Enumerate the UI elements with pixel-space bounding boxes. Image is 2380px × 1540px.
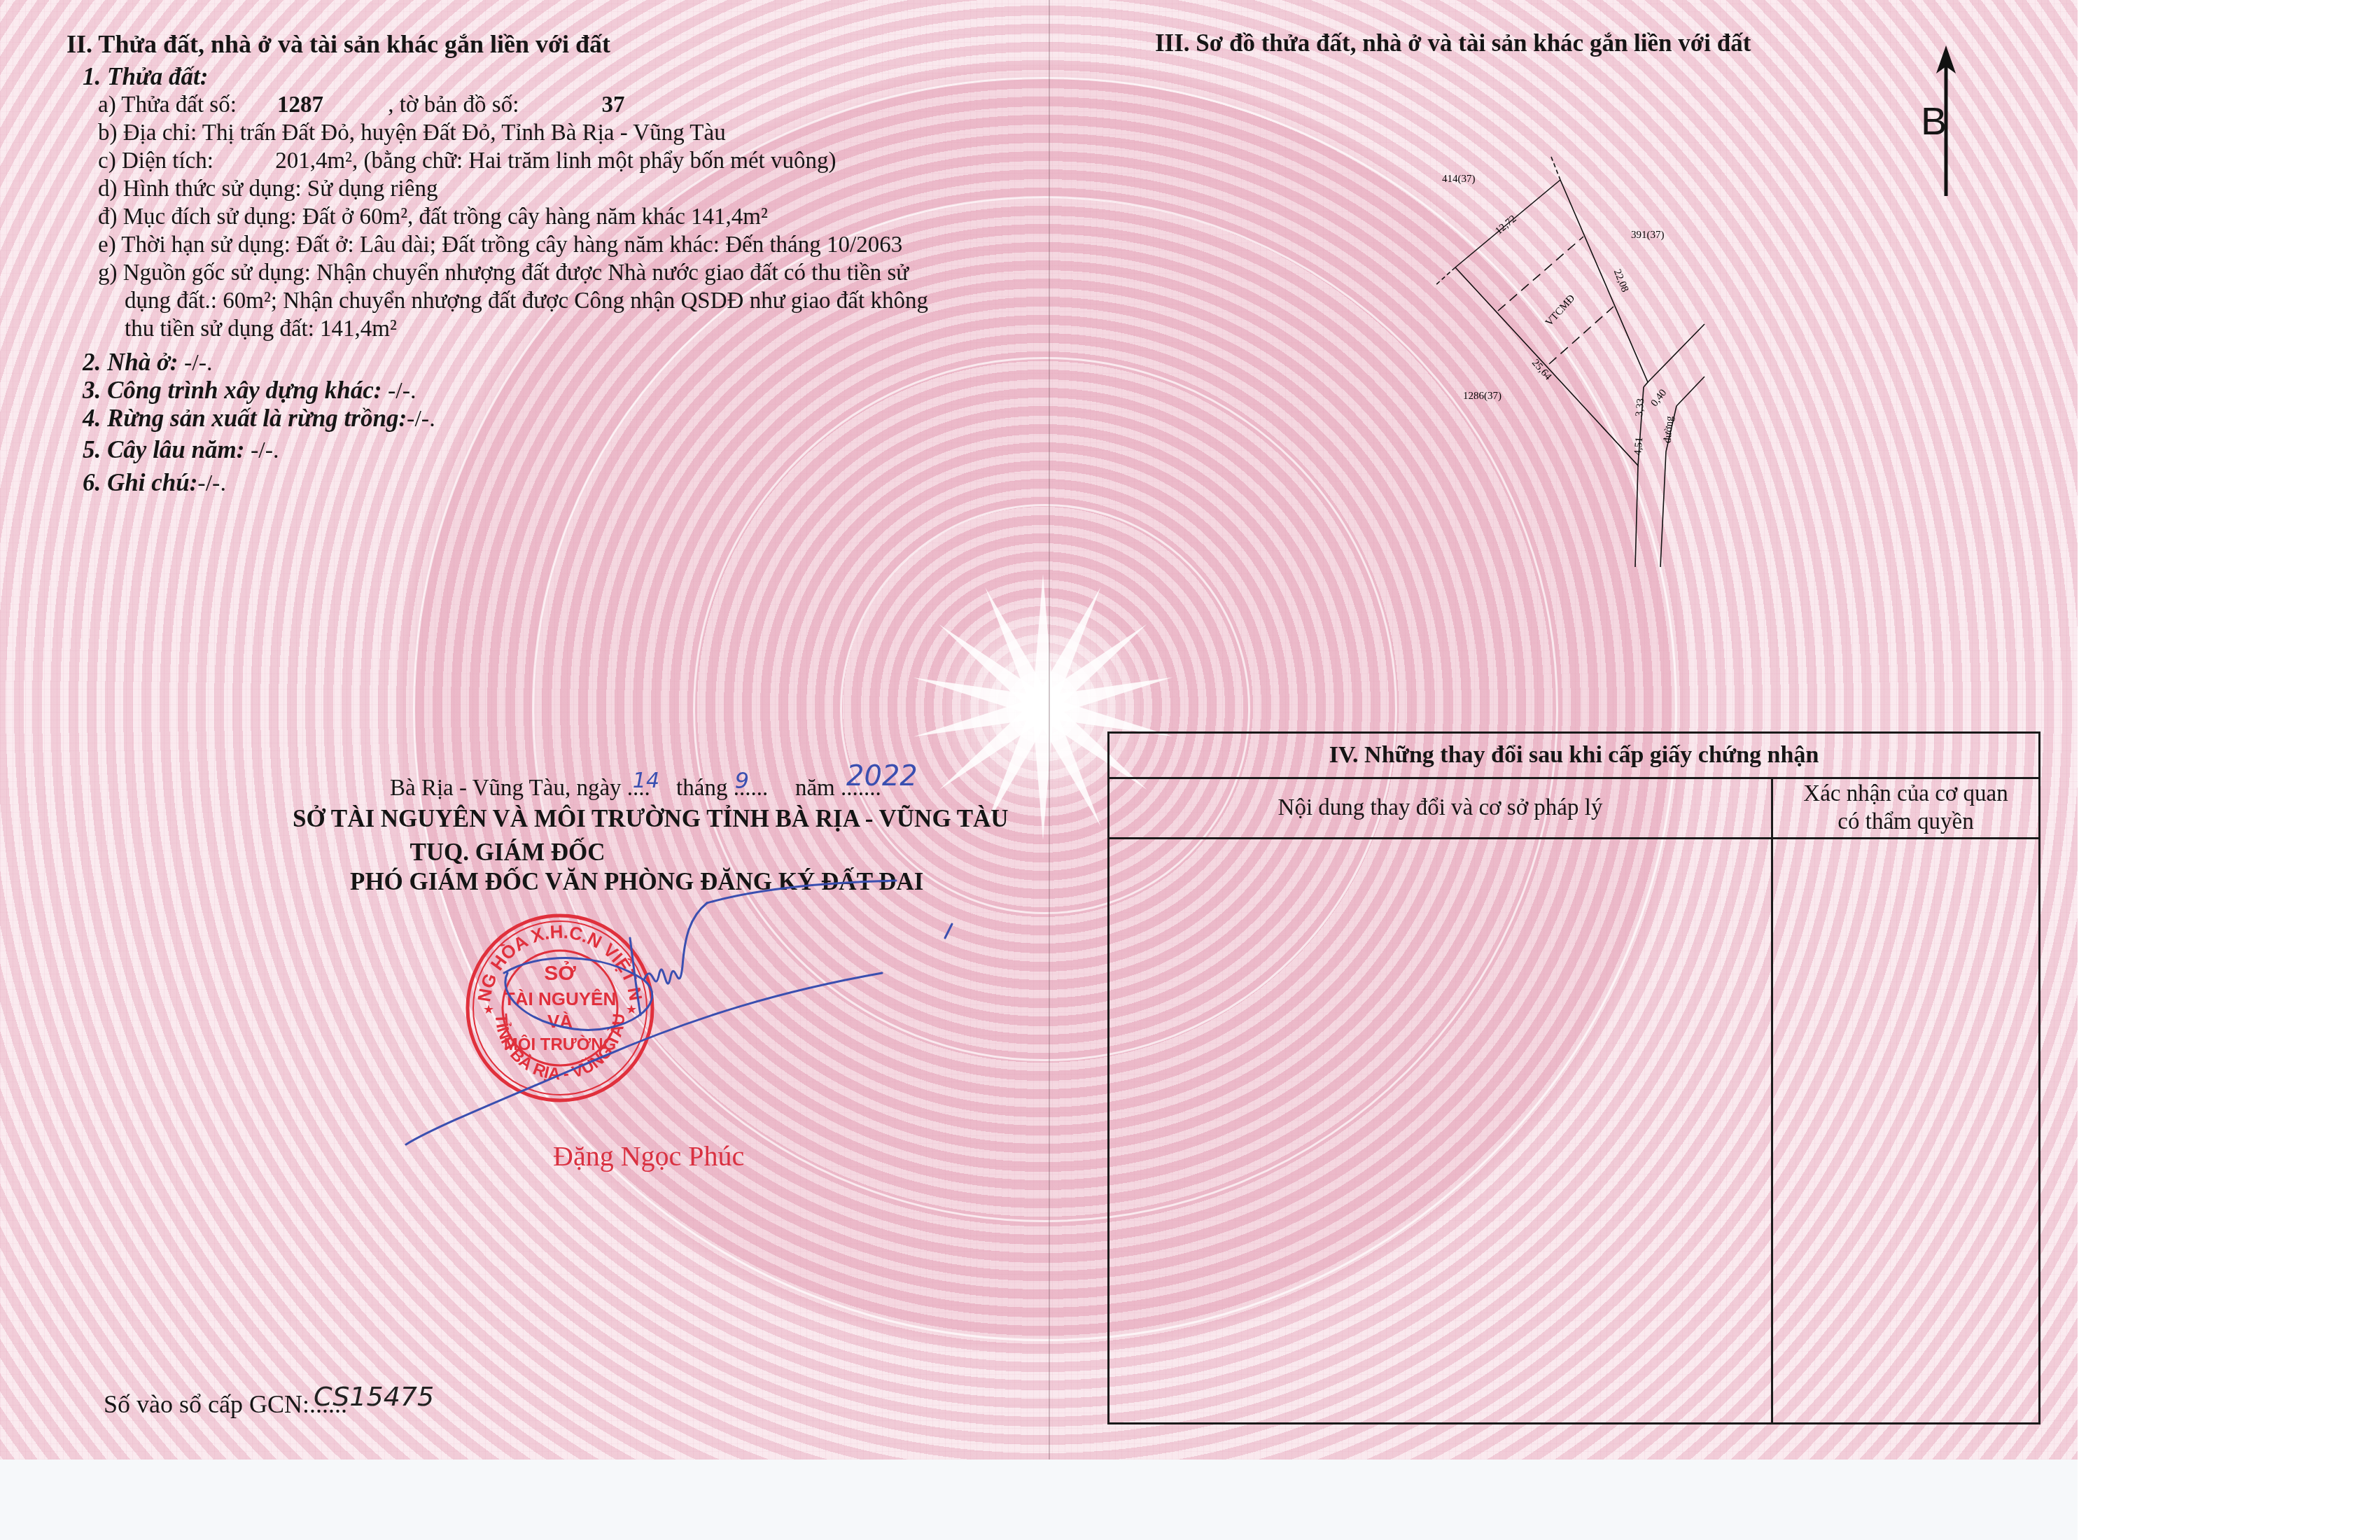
col-authority-confirmation: Xác nhận của cơ quancó thẩm quyền: [1772, 778, 2040, 839]
gcn-registry-number: CS15475: [314, 1381, 434, 1412]
area-row: c) Diện tích: 201,4m², (bằng chữ: Hai tr…: [98, 148, 836, 174]
svg-text:414(37): 414(37): [1442, 174, 1476, 185]
svg-text:22,08: 22,08: [1611, 267, 1630, 293]
parcel-number-label: a) Thửa đất số:: [98, 92, 237, 118]
svg-text:12,72: 12,72: [1493, 213, 1518, 237]
north-label: B: [1921, 98, 1947, 143]
svg-text:đường: đường: [1662, 415, 1675, 443]
svg-text:4,51: 4,51: [1632, 437, 1645, 456]
usage-term-row: e) Thời hạn sử dụng: Đất ở: Lâu dài; Đất…: [98, 232, 902, 258]
change-content-cell: [1109, 839, 1772, 1424]
origin-row-1: g) Nguồn gốc sử dụng: Nhận chuyển nhượng…: [98, 260, 909, 286]
issuing-org: SỞ TÀI NGUYÊN VÀ MÔI TRƯỜNG TỈNH BÀ RỊA …: [293, 805, 1009, 833]
svg-text:391(37): 391(37): [1631, 230, 1665, 241]
gcn-registry-label: Số vào sổ cấp GCN:: [104, 1390, 309, 1418]
handwritten-signature: [392, 875, 966, 1155]
item-house: 2. Nhà ở: -/-.: [83, 349, 213, 377]
usage-form-row: d) Hình thức sử dụng: Sử dụng riêng: [98, 176, 437, 202]
section4-title: IV. Những thay đổi sau khi cấp giấy chứn…: [1109, 733, 2040, 778]
col-change-content: Nội dung thay đổi và cơ sở pháp lý: [1109, 778, 1772, 839]
parcel-diagram: 414(37) 391(37) 1286(37) VTCMĐ đường 12,…: [1400, 154, 1750, 574]
svg-text:3,33: 3,33: [1634, 398, 1646, 417]
svg-text:1286(37): 1286(37): [1463, 391, 1501, 402]
issue-day: 14: [633, 769, 659, 793]
parcel-number-value: 1287: [277, 92, 382, 118]
area-value: 201,4m², (bằng chữ: Hai trăm linh một ph…: [275, 148, 836, 174]
item-perennial-trees: 5. Cây lâu năm: -/-.: [83, 436, 279, 464]
issue-month: 9: [735, 767, 749, 794]
map-number-value: 37: [602, 92, 625, 118]
address-row: b) Địa chỉ: Thị trấn Đất Đỏ, huyện Đất Đ…: [98, 120, 726, 146]
parcel-number-row: a) Thửa đất số: 1287 , tờ bản đồ số: 37: [98, 92, 625, 118]
svg-text:VTCMĐ: VTCMĐ: [1543, 293, 1577, 328]
page-fold-line: [1049, 0, 1050, 1459]
parcel-heading: 1. Thửa đất:: [83, 63, 208, 91]
area-label: c) Diện tích:: [98, 148, 213, 174]
scan-bottom-margin: [0, 1459, 2078, 1540]
changes-table: IV. Những thay đổi sau khi cấp giấy chứn…: [1107, 731, 2040, 1424]
section3-title: III. Sơ đồ thửa đất, nhà ở và tài sản kh…: [1155, 29, 1751, 57]
origin-row-2: dụng đất.: 60m²; Nhận chuyển nhượng đất …: [125, 288, 928, 314]
item-planted-forest: 4. Rừng sản xuất là rừng trồng:-/-.: [83, 405, 435, 433]
issue-year: 2022: [846, 760, 918, 792]
section2-title: II. Thửa đất, nhà ở và tài sản khác gắn …: [66, 29, 610, 59]
item-other-construction: 3. Công trình xây dựng khác: -/-.: [83, 377, 416, 405]
origin-row-3: thu tiền sử dụng đất: 141,4m²: [125, 316, 397, 342]
gcn-registry-row: Số vào sổ cấp GCN:......CS15475: [104, 1389, 428, 1419]
signer-name: Đặng Ngọc Phúc: [553, 1140, 744, 1172]
authority-confirmation-cell: [1772, 839, 2040, 1424]
issue-date-line: Bà Rịa - Vũng Tàu, ngày ....14 tháng ...…: [390, 776, 904, 801]
map-number-label: , tờ bản đồ số:: [388, 92, 519, 118]
usage-purpose-row: đ) Mục đích sử dụng: Đất ở 60m², đất trồ…: [98, 204, 768, 230]
signer-role-1: TUQ. GIÁM ĐỐC: [0, 839, 1029, 867]
item-notes: 6. Ghi chú:-/-.: [83, 469, 226, 497]
svg-text:0,40: 0,40: [1648, 387, 1669, 409]
